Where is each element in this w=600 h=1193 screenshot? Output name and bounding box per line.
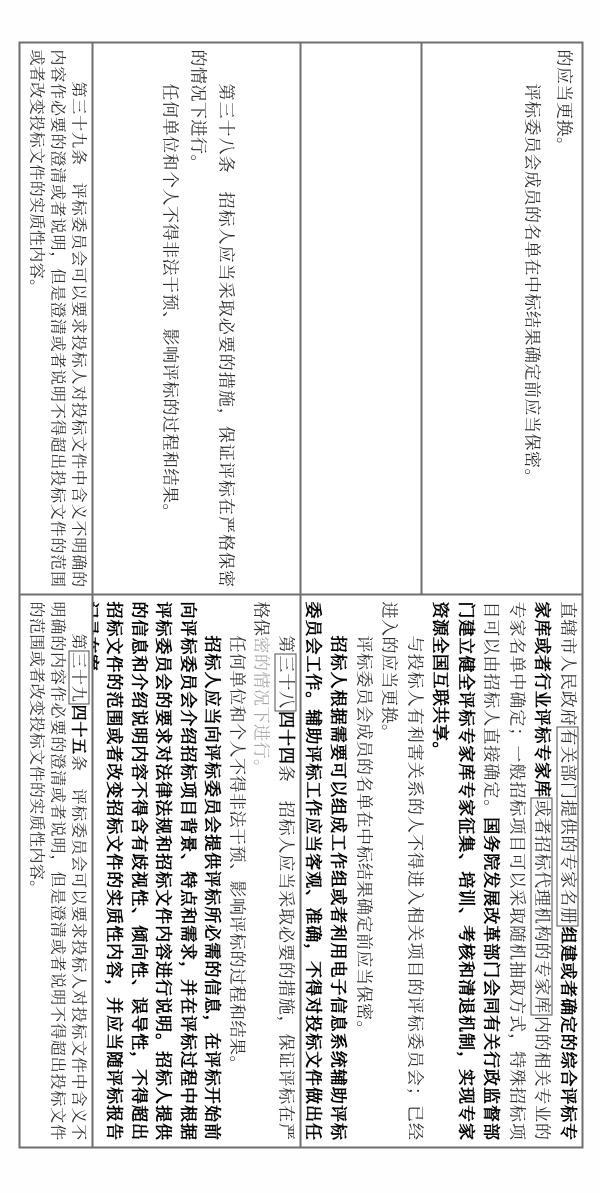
- paragraph: 招标人根据需要可以组成工作组或者利用电子信息系统辅助评标委员会工作。辅助评标工作…: [299, 601, 350, 1140]
- cell-article39: 第三十九条 评标委员会可以要求投标人对投标文件中含义不明确的内容作必要的澄清或者…: [20, 43, 91, 593]
- deleted-text-box: 三十九: [68, 650, 89, 704]
- cell-revised-article45: 第三十九四十五条 评标委员会可以要求投标人对投标文件中含义不明确的内容作必要的澄…: [20, 595, 91, 1146]
- current-law-column: 的应当更换。 评标委员会成员的名单在中标结果确定前应当保密。 第三十八条 招标人…: [20, 43, 581, 595]
- paragraph: 直辖市人民政府有关部门提供的专家名册组建或者确定的综合评标专家库或者行业评标专家…: [426, 601, 579, 1140]
- revised-draft-column: 直辖市人民政府有关部门提供的专家名册组建或者确定的综合评标专家库或者行业评标专家…: [20, 595, 581, 1146]
- added-text: 四十五: [69, 704, 88, 754]
- law-text: 第: [275, 635, 295, 653]
- paragraph: 评标委员会成员的名单在中标结果确定前应当保密。: [350, 601, 376, 1140]
- cell-revised-article44: 第三十八四十四条 招标人应当采取必要的措施，保证评标在严格保密的情况下进行。 任…: [91, 595, 299, 1146]
- law-text: 第三十八条 招标人应当采取必要的措施，保证评标在严格保密的情况下进行。: [187, 49, 235, 587]
- paragraph: 第三十九条 评标委员会可以要求投标人对投标文件中含义不明确的内容作必要的澄清或者…: [26, 49, 89, 587]
- paragraph: 任何单位和个人不得非法干预、影响评标的过程和结果。: [155, 49, 183, 587]
- cell-empty: [299, 43, 420, 593]
- faded-text: 密的情况下进行。: [251, 636, 271, 776]
- paragraph: 招标人应当向评标委员会提供评标所必需的信息，在评标开始前向评标委员会介绍招标项目…: [91, 601, 224, 1140]
- paragraph: 的应当更换。: [547, 49, 579, 587]
- rotated-scan-stage: 的应当更换。 评标委员会成员的名单在中标结果确定前应当保密。 第三十八条 招标人…: [0, 0, 600, 1193]
- law-text: 评标委员会成员的名单在中标结果确定前应当保密。: [353, 635, 373, 1038]
- law-text: 与投标人有利害关系的人不得进入相关项目的评标委员会；已经进入的应当更换。: [379, 601, 425, 1140]
- scanned-document-page: 的应当更换。 评标委员会成员的名单在中标结果确定前应当保密。 第三十八条 招标人…: [0, 0, 600, 1193]
- deleted-text-box: 有关部门提供的专家名册: [556, 726, 578, 926]
- paragraph: 任何单位和个人不得非法干预、影响评标的过程和结果。: [224, 601, 249, 1140]
- paragraph: 评标委员会成员的名单在中标结果确定前应当保密。: [515, 49, 547, 587]
- law-text: 评标委员会成员的名单在中标结果确定前应当保密。: [521, 83, 541, 486]
- law-text: 第三十九条 评标委员会可以要求投标人对投标文件中含义不明确的内容作必要的澄清或者…: [27, 49, 88, 587]
- paragraph: 第三十九四十五条 评标委员会可以要求投标人对投标文件中含义不明确的内容作必要的澄…: [26, 601, 89, 1140]
- cell-article37-tail: 的应当更换。 评标委员会成员的名单在中标结果确定前应当保密。: [420, 43, 581, 593]
- deleted-text-box: 或者招标代理机构的专家库: [531, 797, 553, 1015]
- paragraph: 第三十八四十四条 招标人应当采取必要的措施，保证评标在严格保密的情况下进行。: [248, 601, 297, 1140]
- deleted-text-box: 三十八: [274, 653, 296, 711]
- law-text: 的应当更换。: [553, 49, 573, 154]
- paragraph: 与投标人有利害关系的人不得进入相关项目的评标委员会；已经进入的应当更换。: [375, 601, 426, 1140]
- added-text: 四十四: [275, 711, 295, 765]
- added-text: 招标人应当向评标委员会提供评标所必需的信息，在评标开始前向评标委员会介绍招标项目…: [91, 601, 222, 1140]
- law-text: 任何单位和个人不得非法干预、影响评标的过程和结果。: [159, 83, 179, 521]
- paragraph: 第三十八条 招标人应当采取必要的措施，保证评标在严格保密的情况下进行。: [183, 49, 239, 587]
- cell-revised-article43-tail: 直辖市人民政府有关部门提供的专家名册组建或者确定的综合评标专家库或者行业评标专家…: [299, 595, 581, 1146]
- law-text: 任何单位和个人不得非法干预、影响评标的过程和结果。: [226, 635, 246, 1073]
- cell-article38: 第三十八条 招标人应当采取必要的措施，保证评标在严格保密的情况下进行。 任何单位…: [91, 43, 299, 593]
- law-comparison-table: 的应当更换。 评标委员会成员的名单在中标结果确定前应当保密。 第三十八条 招标人…: [18, 41, 583, 1148]
- law-text: 第: [69, 633, 88, 650]
- added-text: 招标人根据需要可以组成工作组或者利用电子信息系统辅助评标委员会工作。辅助评标工作…: [299, 601, 348, 1140]
- law-text: 直辖市人民政府: [557, 601, 577, 726]
